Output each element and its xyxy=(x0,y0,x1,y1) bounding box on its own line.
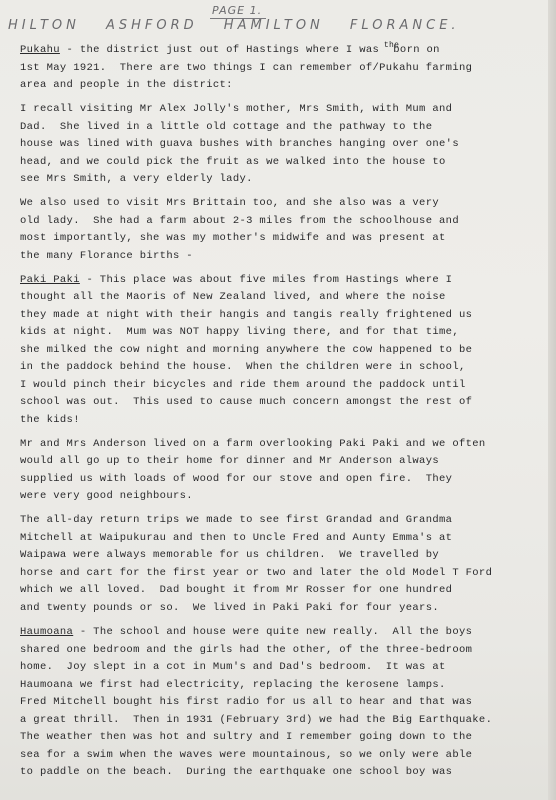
text-line: I recall visiting Mr Alex Jolly's mother… xyxy=(20,101,550,119)
text-line: Pukahu - the district just out of Hastin… xyxy=(20,42,550,60)
text-line: area and people in the district: xyxy=(20,77,550,95)
text-line: home. Joy slept in a cot in Mum's and Da… xyxy=(20,659,550,677)
text-line: which we all loved. Dad bought it from M… xyxy=(20,582,550,600)
text-line: the many Florance births - xyxy=(20,248,550,266)
text-line: most importantly, she was my mother's mi… xyxy=(20,230,550,248)
text-line: Fred Mitchell bought his first radio for… xyxy=(20,694,550,712)
text-line: were very good neighbours. xyxy=(20,488,550,506)
text-line: would all go up to their home for dinner… xyxy=(20,453,550,471)
section-heading: Haumoana xyxy=(20,626,73,638)
document-body: Pukahu - the district just out of Hastin… xyxy=(20,42,550,788)
text-line: see Mrs Smith, a very elderly lady. xyxy=(20,171,550,189)
text-line: the kids! xyxy=(20,412,550,430)
section-heading: Pukahu xyxy=(20,44,60,56)
text-line: Mitchell at Waipukurau and then to Uncle… xyxy=(20,530,550,548)
paragraph: I recall visiting Mr Alex Jolly's mother… xyxy=(20,101,550,189)
handwritten-names: HILTON ASHFORD HAMILTON FLORANCE. xyxy=(8,18,460,33)
text-line: they made at night with their hangis and… xyxy=(20,307,550,325)
text-line: to paddle on the beach. During the earth… xyxy=(20,764,550,782)
handwritten-insertion: the xyxy=(384,41,399,50)
text-line: she milked the cow night and morning any… xyxy=(20,342,550,360)
text-line: thought all the Maoris of New Zealand li… xyxy=(20,289,550,307)
section-pukahu: Pukahu - the district just out of Hastin… xyxy=(20,42,550,95)
text-line: horse and cart for the first year or two… xyxy=(20,565,550,583)
text-line: Paki Paki - This place was about five mi… xyxy=(20,272,550,290)
handwritten-page-number: PAGE 1. xyxy=(212,4,262,17)
text-line: We also used to visit Mrs Brittain too, … xyxy=(20,195,550,213)
paragraph: Mr and Mrs Anderson lived on a farm over… xyxy=(20,436,550,506)
text-line: Waipawa were always memorable for us chi… xyxy=(20,547,550,565)
paragraph: We also used to visit Mrs Brittain too, … xyxy=(20,195,550,265)
text-line: The weather then was hot and sultry and … xyxy=(20,729,550,747)
section-haumoana: Haumoana - The school and house were qui… xyxy=(20,624,550,782)
text-line: shared one bedroom and the girls had the… xyxy=(20,642,550,660)
text-line: in the paddock behind the house. When th… xyxy=(20,359,550,377)
paragraph: The all-day return trips we made to see … xyxy=(20,512,550,617)
text-line: kids at night. Mum was NOT happy living … xyxy=(20,324,550,342)
text-line: head, and we could pick the fruit as we … xyxy=(20,154,550,172)
text-line: a great thrill. Then in 1931 (February 3… xyxy=(20,712,550,730)
page-edge xyxy=(548,0,556,800)
text-line: 1st May 1921. There are two things I can… xyxy=(20,60,550,78)
text-line: sea for a swim when the waves were mount… xyxy=(20,747,550,765)
text-line: and twenty pounds or so. We lived in Pak… xyxy=(20,600,550,618)
text-line: supplied us with loads of wood for our s… xyxy=(20,471,550,489)
text-line: Haumoana we first had electricity, repla… xyxy=(20,677,550,695)
text-line: Mr and Mrs Anderson lived on a farm over… xyxy=(20,436,550,454)
text-line: house was lined with guava bushes with b… xyxy=(20,136,550,154)
text-line: Haumoana - The school and house were qui… xyxy=(20,624,550,642)
section-paki-paki: Paki Paki - This place was about five mi… xyxy=(20,272,550,430)
section-heading: Paki Paki xyxy=(20,274,80,286)
text-line: Dad. She lived in a little old cottage a… xyxy=(20,119,550,137)
typed-page: PAGE 1. HILTON ASHFORD HAMILTON FLORANCE… xyxy=(0,0,548,800)
text-line: I would pinch their bicycles and ride th… xyxy=(20,377,550,395)
text-line: The all-day return trips we made to see … xyxy=(20,512,550,530)
text-line: old lady. She had a farm about 2-3 miles… xyxy=(20,213,550,231)
text-line: school was out. This used to cause much … xyxy=(20,394,550,412)
